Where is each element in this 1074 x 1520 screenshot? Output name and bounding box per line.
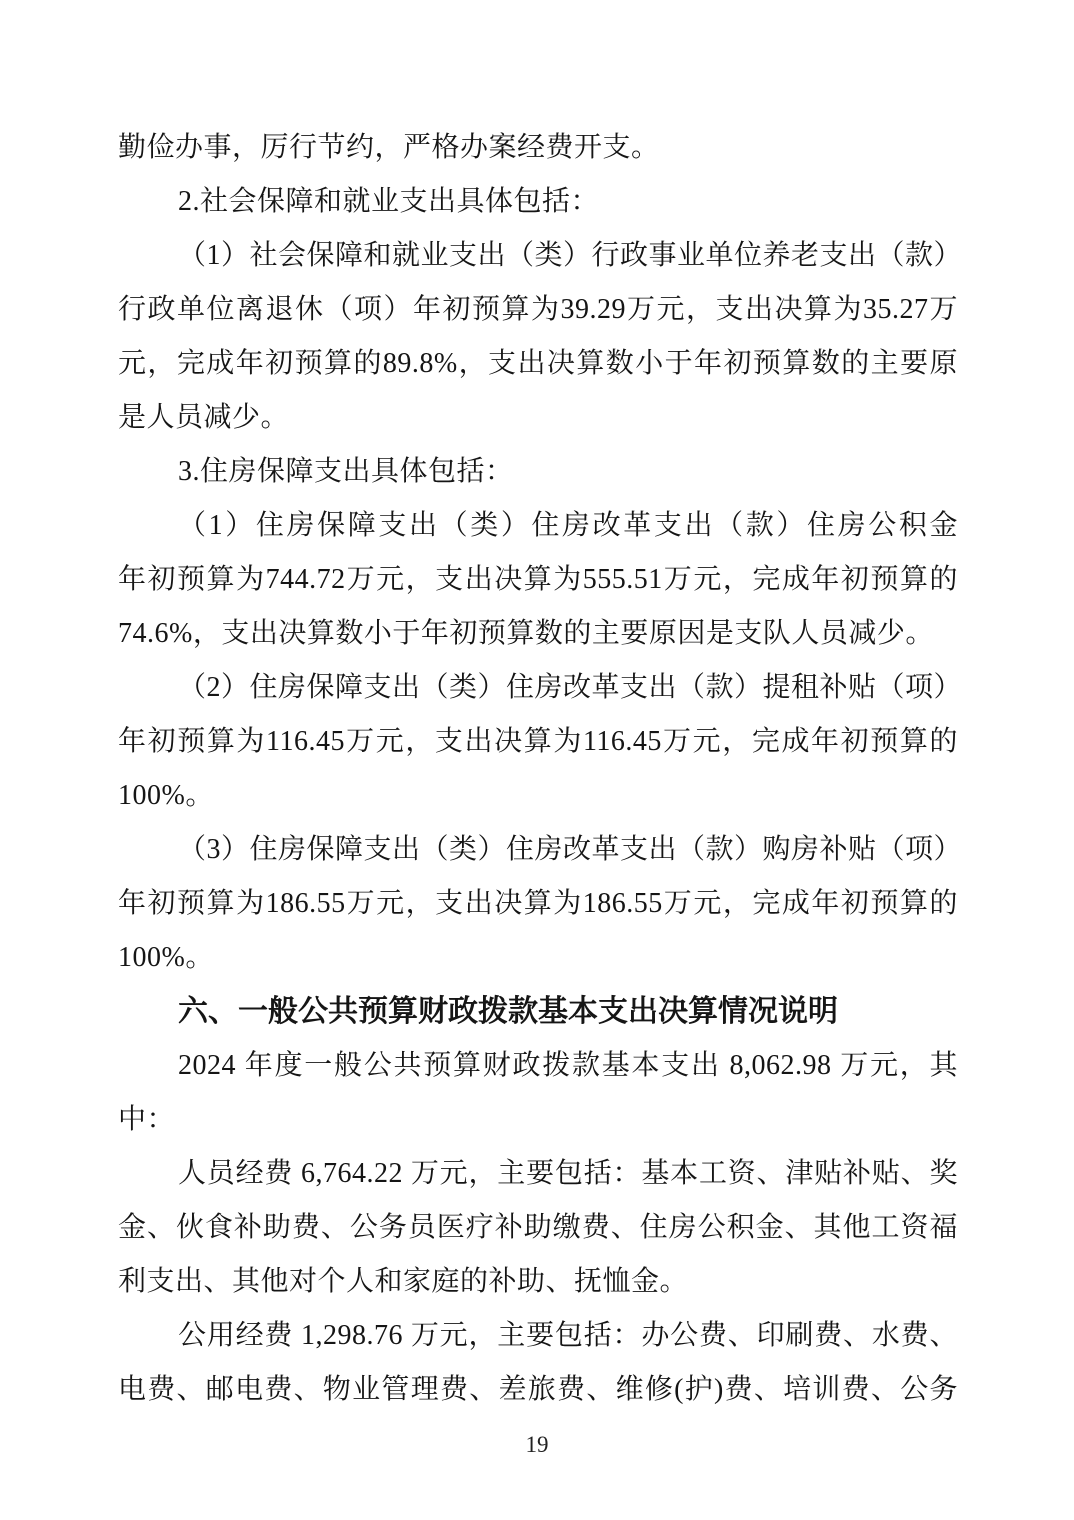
- text-line: 年初预算为116.45万元，支出决算为116.45万元，完成年初预算的: [118, 715, 958, 769]
- text-line: 年初预算为186.55万元，支出决算为186.55万元，完成年初预算的: [118, 877, 958, 931]
- page-number: 19: [526, 1432, 549, 1457]
- text-line: 利支出、其他对个人和家庭的补助、抚恤金。: [118, 1255, 958, 1309]
- text-line: 公用经费 1,298.76 万元，主要包括：办公费、印刷费、水费、: [118, 1309, 958, 1363]
- text-line: 电费、邮电费、物业管理费、差旅费、维修(护)费、培训费、公务: [118, 1363, 958, 1417]
- text-line: 中：: [118, 1093, 958, 1147]
- document-page: 勤俭办事，厉行节约，严格办案经费开支。2.社会保障和就业支出具体包括：（1）社会…: [0, 0, 1074, 1520]
- text-line: 3.住房保障支出具体包括：: [118, 445, 958, 499]
- text-line: 行政单位离退休（项）年初预算为39.29万元，支出决算为35.27万: [118, 283, 958, 337]
- text-line: 100%。: [118, 769, 958, 823]
- text-line: 2024 年度一般公共预算财政拨款基本支出 8,062.98 万元，其: [118, 1039, 958, 1093]
- text-line: 2.社会保障和就业支出具体包括：: [118, 175, 958, 229]
- text-line: 100%。: [118, 931, 958, 985]
- text-line: 勤俭办事，厉行节约，严格办案经费开支。: [118, 121, 958, 175]
- text-line: （3）住房保障支出（类）住房改革支出（款）购房补贴（项）: [118, 823, 958, 877]
- page-footer: 19: [0, 1425, 1074, 1465]
- text-line: （1）住房保障支出（类）住房改革支出（款）住房公积金（项）: [118, 499, 958, 553]
- text-line: 元，完成年初预算的89.8%，支出决算数小于年初预算数的主要原因: [118, 337, 958, 391]
- text-line: （2）住房保障支出（类）住房改革支出（款）提租补贴（项）: [118, 661, 958, 715]
- document-body: 勤俭办事，厉行节约，严格办案经费开支。2.社会保障和就业支出具体包括：（1）社会…: [118, 121, 958, 1417]
- text-line: 年初预算为744.72万元，支出决算为555.51万元，完成年初预算的: [118, 553, 958, 607]
- text-line: 是人员减少。: [118, 391, 958, 445]
- text-line: （1）社会保障和就业支出（类）行政事业单位养老支出（款）: [118, 229, 958, 283]
- text-line: 人员经费 6,764.22 万元，主要包括：基本工资、津贴补贴、奖: [118, 1147, 958, 1201]
- text-line: 金、伙食补助费、公务员医疗补助缴费、住房公积金、其他工资福: [118, 1201, 958, 1255]
- text-line: 74.6%，支出决算数小于年初预算数的主要原因是支队人员减少。: [118, 607, 958, 661]
- section-heading: 六、一般公共预算财政拨款基本支出决算情况说明: [118, 985, 958, 1039]
